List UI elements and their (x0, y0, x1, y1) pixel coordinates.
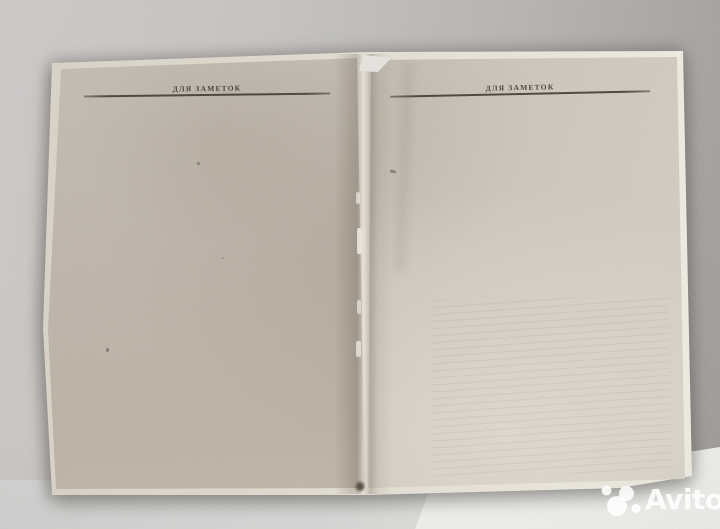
avito-watermark: Avito (596, 482, 720, 518)
photo-scene: ДЛЯ ЗАМЕТОК ДЛЯ ЗАМЕТОК (0, 0, 720, 529)
open-book: ДЛЯ ЗАМЕТОК ДЛЯ ЗАМЕТОК (0, 0, 720, 529)
spine-bottom-shadow (354, 480, 366, 493)
avito-logo-circle-small-top-left (602, 486, 612, 496)
avito-wordmark: Avito (645, 482, 720, 518)
text-show-through (430, 296, 671, 476)
spine-paper-edge (357, 228, 362, 254)
avito-logo-circle-medium-top-right (619, 486, 634, 501)
paper-speck (222, 257, 224, 259)
avito-logo-icon (596, 482, 642, 518)
spine-paper-edge (356, 192, 360, 204)
avito-logo-circle-small-bottom-right (632, 504, 641, 513)
spine-paper-edge (357, 300, 361, 314)
paper-speck (197, 162, 200, 165)
spine-paper-edge (356, 341, 361, 357)
spine-gutter (334, 54, 392, 494)
paper-speck (106, 348, 109, 352)
